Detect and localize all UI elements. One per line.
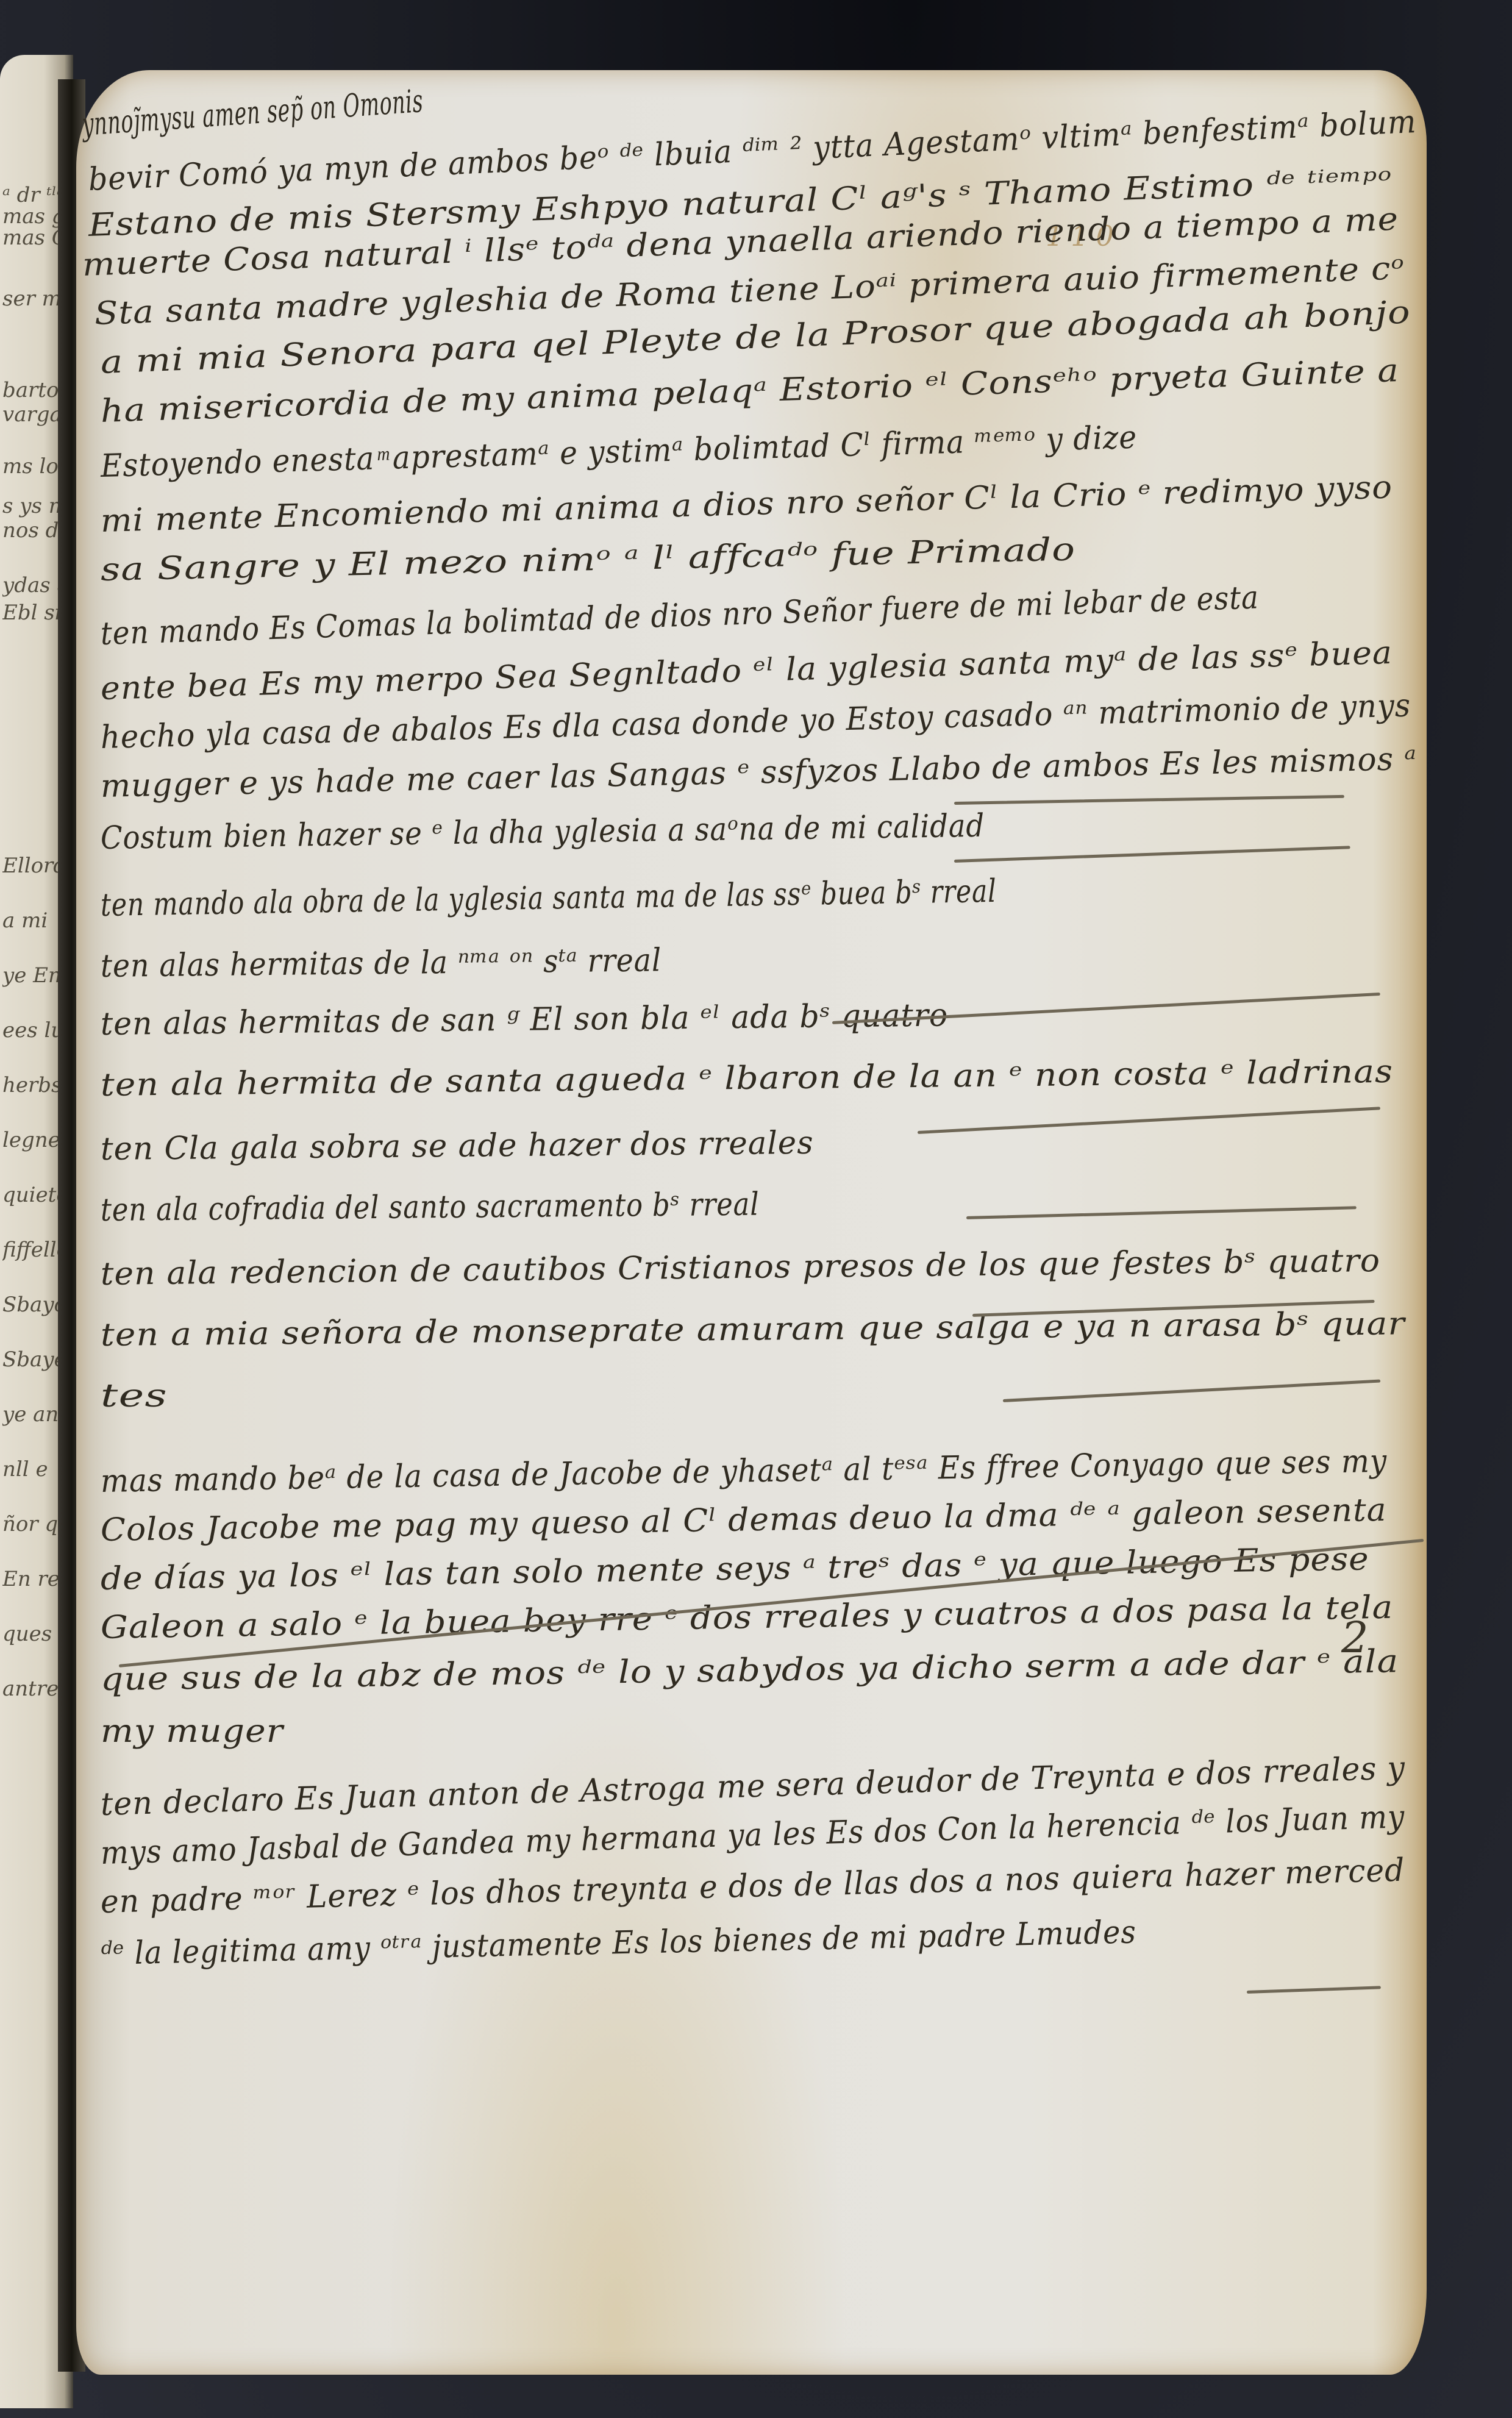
manuscript-line: tes (101, 1378, 168, 1414)
manuscript-line: ten alas hermitas de san ᵍ El son bla ᵉˡ… (101, 997, 949, 1043)
manuscript-line: Galeon a salo ᵉ la buea bey rre ᵉ dos rr… (101, 1589, 1394, 1646)
margin-mark: 2 (1341, 1613, 1369, 1663)
line-filler-rule (918, 1107, 1380, 1134)
line-filler-rule (954, 846, 1350, 863)
line-filler-rule (966, 1206, 1357, 1219)
manuscript-line: mi mente Encomiendo mi anima a dios nro … (100, 469, 1393, 540)
line-filler-rule (954, 795, 1344, 805)
manuscript-line: que sus de la abz de mos ᵈᵉ lo y sabydos… (101, 1643, 1399, 1698)
manuscript-line: ten ala redencion de cautibos Cristianos… (101, 1243, 1381, 1293)
manuscript-line: ten ala hermita de santa agueda ᵉ lbaron… (101, 1054, 1394, 1104)
manuscript-line: Colos Jacobe me pag my queso al Cˡ demas… (101, 1492, 1387, 1549)
manuscript-line: mas mando beᵃ de la casa de Jacobe de yh… (101, 1443, 1388, 1500)
manuscript-line: de días ya los ᵉˡ las tan solo mente sey… (101, 1541, 1370, 1597)
manuscript-line: my muger (101, 1713, 283, 1750)
manuscript-line: ynnoȷ̃mysu amen sep̃ on Omonis (81, 83, 424, 143)
manuscript-line: ten a mia señora de monseprate amuram qu… (101, 1305, 1405, 1353)
manuscript-line: sa Sangre y El mezo nimᵒ ᵃ lˡ affcaᵈᵒ fu… (100, 532, 1075, 588)
manuscript-page: 110 ynnoȷ̃mysu amen sep̃ on Omonisbevir … (76, 70, 1427, 2375)
manuscript-line: ten Cla gala sobra se ade hazer dos rrea… (101, 1125, 814, 1168)
manuscript-line: ten ala cofradia del santo sacramento bˢ… (101, 1186, 760, 1229)
line-filler-rule (1003, 1380, 1380, 1402)
manuscript-line: ᵈᵉ la legitima amy ᵒᵗʳᵃ justamente Es lo… (100, 1914, 1136, 1972)
manuscript-line: ten mando ala obra de la yglesia santa m… (101, 873, 997, 924)
line-filler-rule (1247, 1986, 1381, 1994)
manuscript-line: ten mando Es Comas la bolimtad de dios n… (100, 579, 1260, 652)
manuscript-line: Estoyendo enesta ͫ aprestamᵃ e ystimᵃ bo… (100, 419, 1138, 485)
manuscript-line: Costum bien hazer se ᵉ la dha yglesia a … (101, 808, 985, 857)
manuscript-line: ten alas hermitas de la ⁿᵐᵃ ᵒⁿ sᵗᵃ rreal (101, 942, 662, 985)
